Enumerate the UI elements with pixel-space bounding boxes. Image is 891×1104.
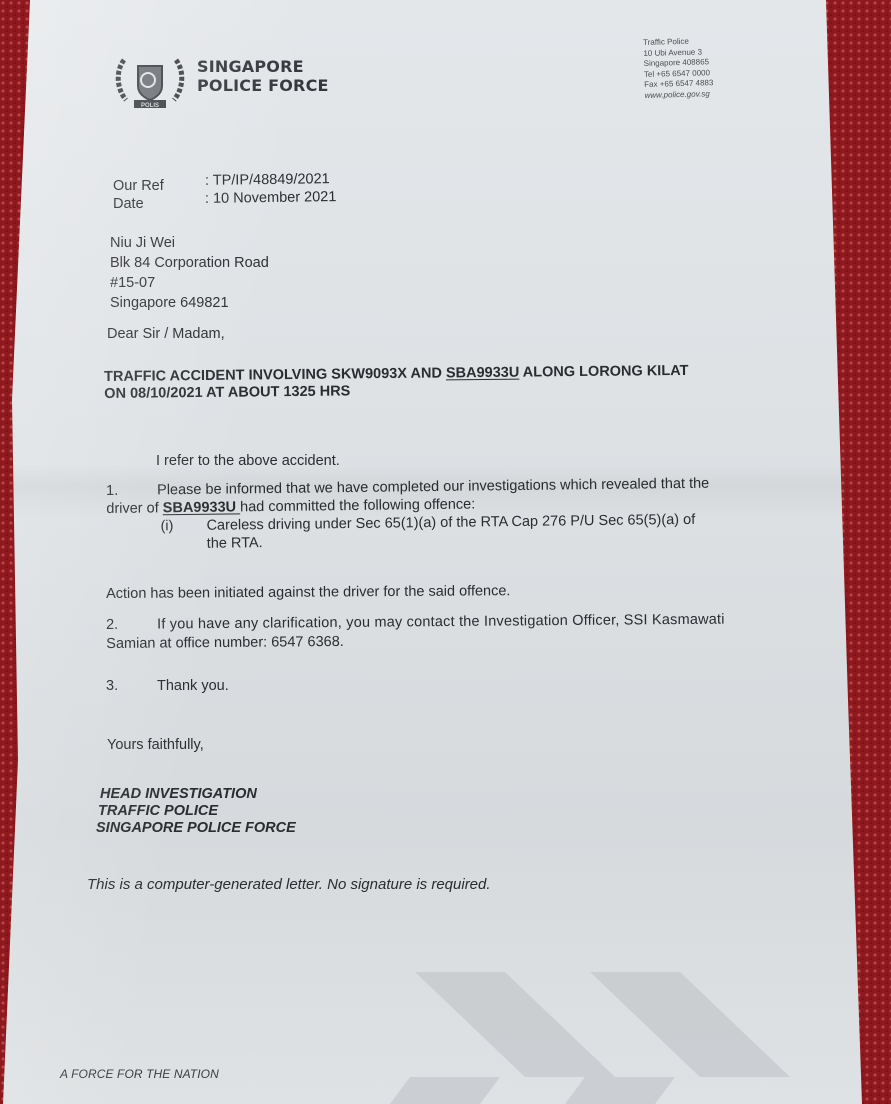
ref-label: Our Ref <box>113 178 164 194</box>
paragraph-3: 3.Thank you. <box>106 678 229 694</box>
subject: TRAFFIC ACCIDENT INVOLVING SKW9093X AND … <box>104 363 689 402</box>
recipient-line1: Blk 84 Corporation Road <box>110 253 269 273</box>
date-label: Date <box>113 196 144 212</box>
address-website: www.police.gov.sg <box>644 89 713 101</box>
recipient-line2: #15-07 <box>110 273 269 293</box>
org-name-line2: POLICE FORCE <box>197 76 329 95</box>
sender-address: Traffic Police 10 Ubi Avenue 3 Singapore… <box>643 36 714 101</box>
letter-paper: POLIS SINGAPORE POLICE FORCE Traffic Pol… <box>0 0 891 1104</box>
date-value: : 10 November 2021 <box>205 189 337 207</box>
closing: Yours faithfully, <box>107 737 204 753</box>
org-name-line1: SINGAPORE <box>197 57 329 76</box>
recipient-address: Niu Ji Wei Blk 84 Corporation Road #15-0… <box>110 233 269 313</box>
signature-block: HEAD INVESTIGATION TRAFFIC POLICE SINGAP… <box>96 786 296 837</box>
police-crest-icon: POLIS <box>114 52 186 112</box>
footer-tagline: A FORCE FOR THE NATION <box>60 1067 219 1081</box>
salutation: Dear Sir / Madam, <box>107 326 225 342</box>
svg-text:POLIS: POLIS <box>141 103 159 109</box>
intro-text: I refer to the above accident. <box>156 453 340 469</box>
recipient-line3: Singapore 649821 <box>110 293 269 313</box>
contact-number: Samian at office number: 6547 6368. <box>106 630 725 654</box>
ref-value: : TP/IP/48849/2021 <box>205 171 330 189</box>
action-text: Action has been initiated against the dr… <box>106 583 510 602</box>
offender-vehicle: SBA9933U <box>163 499 241 516</box>
org-name: SINGAPORE POLICE FORCE <box>197 57 329 95</box>
computer-generated-note: This is a computer-generated letter. No … <box>87 876 491 893</box>
recipient-name: Niu Ji Wei <box>110 233 269 253</box>
paragraph-2: 2.If you have any clarification, you may… <box>106 611 725 654</box>
subject-vehicle: SBA9933U <box>446 365 520 382</box>
paragraph-1: 1.Please be informed that we have comple… <box>106 475 710 554</box>
